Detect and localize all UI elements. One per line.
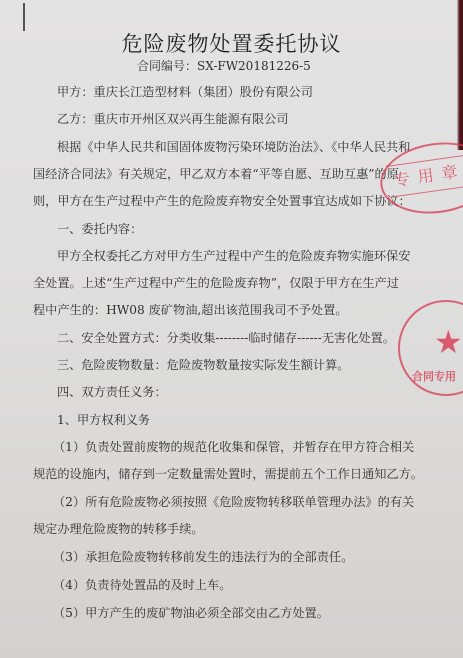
obligation-line: （5）甲方产生的废矿物油必须全部交由乙方处置。 <box>53 604 329 621</box>
oval-seal-text: 专用章 <box>386 152 463 198</box>
obligation-line: 规定办理危险废物的转移手续。 <box>33 520 204 537</box>
section4-sub-heading: 1、甲方权利义务 <box>57 411 150 428</box>
round-seal-text: 合同专用 <box>412 368 456 384</box>
preamble-line: 则，甲方在生产过程中产生的危险废弃物安全处置事宜达成如下协议： <box>33 192 411 209</box>
party-b: 乙方：重庆市开州区双兴再生能源有限公司 <box>57 110 289 127</box>
section1-line: 程中产生的：HW08 废矿物油,超出该范围我司不予处置。 <box>33 301 348 318</box>
pen-mark <box>23 3 25 31</box>
section1-line: 甲方全权委托乙方对甲方生产过程中产生的危险废弃物实施环保安 <box>57 247 410 264</box>
section3: 三、危险废物数量：危险废物数量按实际发生额计算。 <box>57 356 350 373</box>
section4-heading: 四、双方责任义务： <box>57 383 167 400</box>
obligation-line: （4）负责待处置品的及时上车。 <box>53 576 231 593</box>
preamble-line: 国经济合同法》有关规定，甲乙双方本着“平等自愿、互助互惠”的原 <box>33 165 399 182</box>
section2: 二、安全处置方式：分类收集--------临时储存------无害化处置。 <box>57 329 395 346</box>
round-seal-stamp: ★ 合同专用 <box>398 300 463 396</box>
contract-number: 合同编号：SX-FW20181226-5 <box>137 57 311 74</box>
preamble-line: 根据《中华人民共和国固体废物污染环境防治法》、《中华人民共和 <box>57 138 410 155</box>
star-icon: ★ <box>434 326 463 358</box>
obligation-line: （3）承担危险废物转移前发生的违法行为的全部责任。 <box>53 548 353 565</box>
page-edge-shadow <box>457 0 463 150</box>
obligation-line: 规范的设施内，储存到一定数量需处置时，需提前五个工作日通知乙方。 <box>33 465 423 482</box>
obligation-line: （2）所有危险废物必须按照《危险废物转移联单管理办法》的有关 <box>53 493 414 510</box>
section1-line: 全处置。上述“生产过程中产生的危险废弃物”，仅限于甲方在生产过 <box>33 274 399 291</box>
section1-heading: 一、委托内容： <box>57 220 142 237</box>
party-a: 甲方：重庆长江造型材料（集团）股份有限公司 <box>57 83 313 100</box>
obligation-line: （1）负责处置前废物的规范化收集和保管，并暂存在甲方符合相关 <box>53 438 414 455</box>
document-page: 危险废物处置委托协议 合同编号：SX-FW20181226-5 甲方：重庆长江造… <box>0 0 463 658</box>
document-title: 危险废物处置委托协议 <box>0 28 463 58</box>
